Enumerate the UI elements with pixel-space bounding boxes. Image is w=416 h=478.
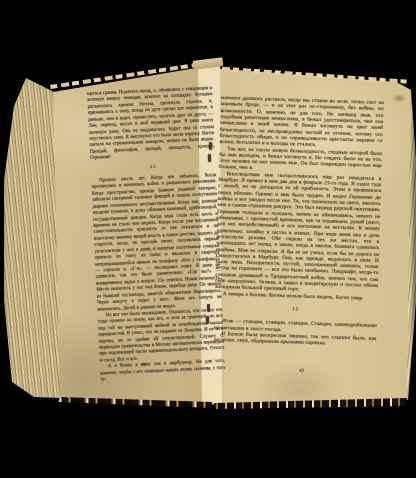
paragraph: манного далекого рассвета, когда мы стоя… [219,95,384,151]
book-photo: щегося гравия. Подлетел поезд, и, обнявш… [0,0,416,478]
page-number-left: 48 [141,363,146,368]
right-page-text-above-heading: манного далекого рассвета, когда мы стоя… [215,95,384,302]
left-page-text-above-heading: щегося гравия. Подлетел поезд, и, обнявш… [87,86,215,162]
paragraph: Прошло шесть лет. Когда все забылось. Ко… [91,173,222,314]
paragraph: Впоследствии мне посчастливилось еще раз… [215,171,382,296]
page-number-right: 49 [299,369,304,374]
right-page-text: манного далекого рассвета, когда мы стоя… [213,95,384,349]
left-page-text-below-heading: Прошло шесть лет. Когда все забылось. Ко… [91,173,226,384]
right-page-text-below-heading: Итак — станции, станции, станции. Станци… [213,318,377,348]
paragraph: щегося гравия. Подлетел поезд, и, обнявш… [87,86,215,162]
right-chapter-heading: 12 [214,305,377,316]
left-page-text: щегося гравия. Подлетел поезд, и, обнявш… [87,86,226,384]
left-chapter-heading: 11 [91,162,216,174]
paragraph: Но вот что было неожиданно. Оказалось, ч… [97,308,224,365]
